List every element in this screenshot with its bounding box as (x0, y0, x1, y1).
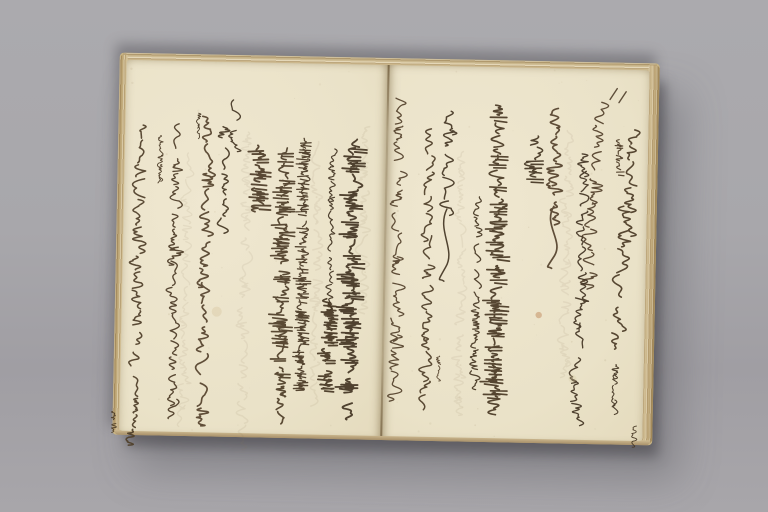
calligraphy-column-right: まゐりて事とやくませ橘の事 布日のものもゆき (479, 105, 512, 415)
calligraphy-column-left: ふる人 (229, 100, 242, 152)
calligraphy-column-left: むそよりりかゝのえし わみもあきゝ湯まて (126, 125, 148, 446)
calligraphy-column-right: 見し (436, 356, 441, 381)
paper-smudge (212, 307, 222, 317)
calligraphy-column-left: うらちつてや (217, 127, 231, 234)
head-tick-marks (610, 88, 626, 102)
verso-showthrough (451, 151, 471, 415)
page-spread: わきもこゝもきて なりゆく橘枝の菊うきゆらんゆはしてやくします礼方りもおいや平ら… (119, 60, 649, 441)
calligraphy-column-left: 露の流人ゝと母もし銀なしてのゝ年ぬ過 (194, 116, 216, 426)
calligraphy-column-left: 叙意干 (317, 299, 338, 392)
calligraphy-column-left: 又宿湯の作には菊酒為誰調長舟終ゝ (267, 148, 297, 424)
head-annotation: 今宿 (615, 140, 625, 176)
calligraphy-column-left: 風始 (196, 113, 201, 138)
calligraphy-column-right: 健〻 (524, 136, 544, 183)
verso-showthrough (176, 153, 196, 427)
verso-showthrough (234, 132, 255, 450)
calligraphy-column-right: やくて侍さしにそ あらくれぬこうもの侍 (386, 98, 408, 401)
calligraphy-column-right: らくし〜 (438, 111, 457, 281)
calligraphy-column-left: 不破ニゝ (247, 145, 272, 212)
calligraphy-column-right: やくします礼方りもおいや平らん (580, 102, 608, 290)
foxing-stain (535, 312, 542, 319)
calligraphy-column-left: 伊勢人 (157, 135, 163, 183)
calligraphy-column-right: ゆはして (611, 365, 619, 415)
photo-backdrop: わきもこゝもきて なりゆく橘枝の菊うきゆらんゆはしてやくします礼方りもおいや平ら… (0, 0, 768, 512)
verso-showthrough (307, 141, 326, 406)
calligraphy-column-right: じ物のまに侍くらしありとや侍り 上らし (418, 129, 438, 410)
calligraphy-column-right: わきもこゝもきて なりゆく橘枝の菊うきゆらん (611, 130, 640, 350)
calligraphy-column-left: 明夕清寛経を今牓候仮りとゝ (326, 149, 338, 311)
calligraphy-column-right: をきのみ具えとやくとやらく 上下て勧 (469, 197, 483, 390)
calligraphy-column-right: まくし〜 (545, 108, 564, 268)
calligraphy-layer: わきもこゝもきて なりゆく橘枝の菊うきゆらんゆはしてやくします礼方りもおいや平ら… (119, 60, 649, 441)
open-book: わきもこゝもきて なりゆく橘枝の菊うきゆらんゆはしてやくします礼方りもおいや平ら… (112, 53, 660, 446)
